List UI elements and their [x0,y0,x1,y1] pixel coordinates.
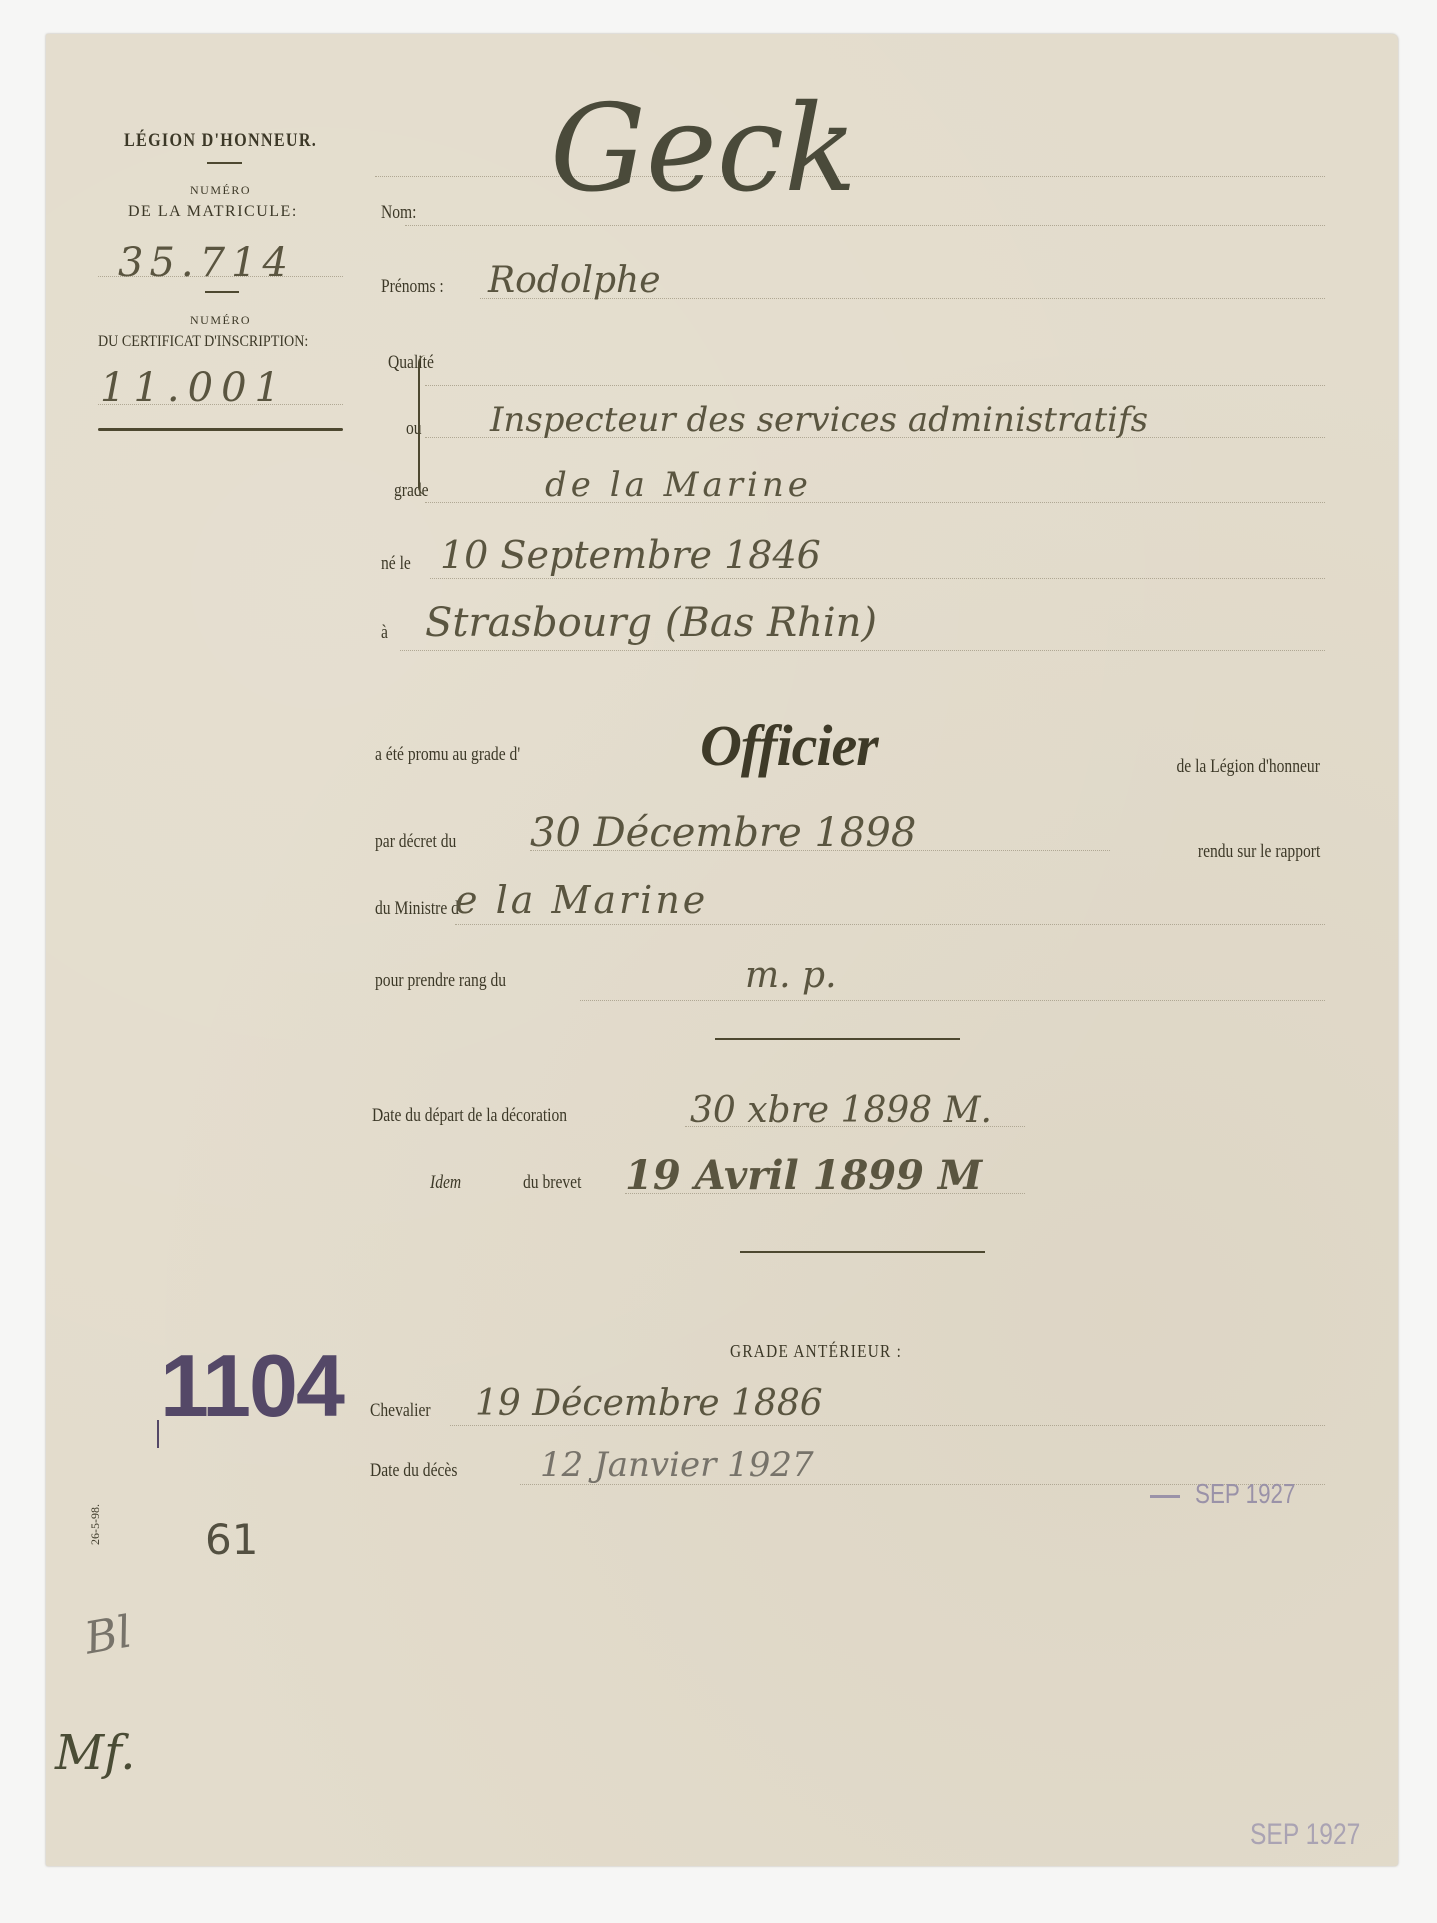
legion-label: de la Légion d'honneur [1177,756,1320,778]
a-label: à [381,622,388,644]
rapport-label: rendu sur le rapport [1198,841,1320,863]
brevet-label: du brevet [523,1172,581,1194]
ministre-value: e la Marine [455,878,708,922]
number-stamp: 1104 [160,1335,343,1437]
ne-le-label: né le [381,553,411,575]
qualite-value-1: Inspecteur des services administratifs [490,400,1148,440]
certificat-value: 11.001 [100,365,288,411]
grade-value: Officier [700,712,878,779]
depart-value: 30 xbre 1898 M. [690,1090,992,1131]
qualite-line-1 [425,385,1325,386]
a-line [400,650,1325,651]
certificat-flourish [98,428,343,431]
matricule-label-2: DE LA MATRICULE: [128,203,298,221]
matricule-label-1: NUMÉRO [190,183,251,198]
pencil-number: 61 [205,1515,258,1564]
brevet-value: 19 Avril 1899 M [625,1152,982,1199]
rang-label: pour prendre rang du [375,970,506,992]
rang-line [580,1000,1325,1001]
document-page [46,34,1398,1866]
ne-le-value: 10 Septembre 1846 [440,533,821,577]
ministre-label: du Ministre d [375,898,459,920]
initials-1: Bl [81,1606,136,1664]
chevalier-value: 19 Décembre 1886 [475,1383,823,1424]
stamp-arrow-icon [1150,1495,1180,1498]
deces-label: Date du décès [370,1460,457,1482]
prenoms-value: Rodolphe [488,260,661,301]
qualite-brace [418,355,430,495]
decret-value: 30 Décembre 1898 [530,810,916,856]
decret-label: par décret du [375,831,456,853]
a-value: Strasbourg (Bas Rhin) [425,600,877,646]
date-stamp-2: SEP 1927 [1250,1818,1360,1852]
rang-value: m. p. [745,955,837,996]
grade-anterieur-label: GRADE ANTÉRIEUR : [730,1341,902,1362]
idem-label: Idem [430,1172,461,1194]
legion-honneur-title: LÉGION D'HONNEUR. [124,130,317,152]
title-underline [207,162,242,164]
section-rule-2 [740,1251,985,1253]
ne-le-line [430,578,1325,579]
matricule-value: 35.714 [118,240,294,286]
certificat-label-2: DU CERTIFICAT D'INSCRIPTION: [98,333,308,351]
prenoms-label: Prénoms : [381,276,444,298]
nom-label: Nom: [381,202,416,224]
nom-line [405,225,1325,226]
deces-value: 12 Janvier 1927 [540,1445,814,1485]
date-stamp-1: SEP 1927 [1195,1478,1295,1510]
matricule-underline [205,291,239,293]
nom-value: Geck [550,80,857,219]
initials-2: Mf. [55,1725,135,1781]
section-rule-1 [715,1038,960,1040]
chevalier-line [450,1425,1325,1426]
qualite-value-2: de la Marine [545,465,812,505]
print-date: 26-5-98. [88,1504,103,1545]
ministre-line [455,924,1325,925]
stamp-mark [157,1420,159,1448]
certificat-label-1: NUMÉRO [190,313,251,328]
chevalier-label: Chevalier [370,1400,431,1422]
promu-label: a été promu au grade d' [375,744,520,766]
depart-label: Date du départ de la décoration [372,1105,567,1127]
